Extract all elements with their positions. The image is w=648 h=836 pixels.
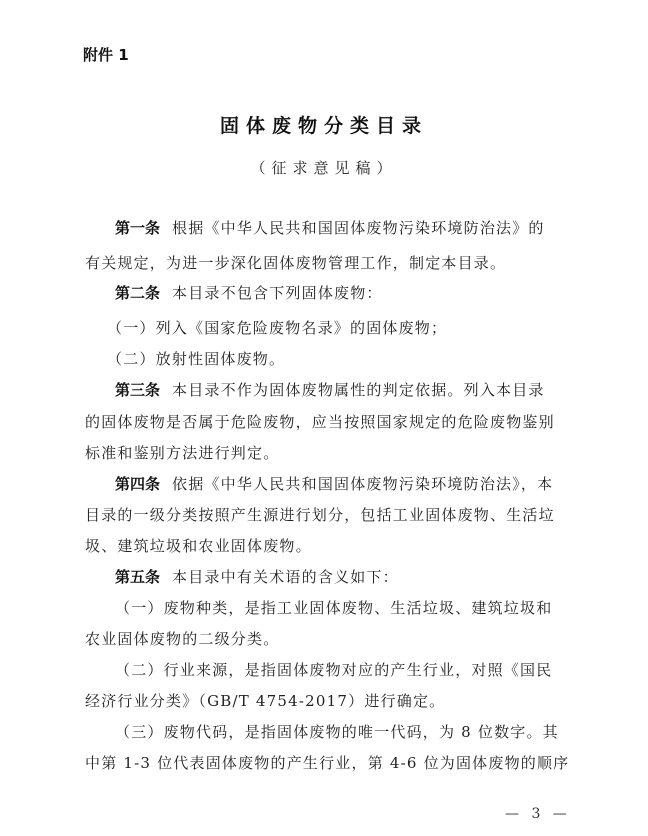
body-line: 第四条依据《中华人民共和国固体废物污染环境防治法》，本 [85,474,569,494]
body-line: 第三条本目录不作为固体废物属性的判定依据。列入本目录 [85,380,569,400]
article-heading: 第二条 [115,284,160,302]
body-line: （二）放射性固体废物。 [85,349,569,369]
body-line: 农业固体废物的二级分类。 [85,629,569,649]
line-text: 本目录不包含下列固体废物： [172,284,383,302]
line-text: 的固体废物是否属于危险废物，应当按照国家规定的危险废物鉴别 [85,413,555,431]
line-text: （二）行业来源，是指固体废物对应的产生行业，对照《国民 [115,661,552,679]
line-text: 标准和鉴别方法进行判定。 [85,444,279,462]
line-text: 圾、建筑垃圾和农业固体废物。 [85,537,312,555]
line-text: 经济行业分类》（GB/T 4754-2017）进行确定。 [85,692,445,710]
body-line: （一）废物种类，是指工业固体废物、生活垃圾、建筑垃圾和 [85,598,569,618]
document-subtitle: （征求意见稿） [0,157,648,178]
body-line: 中第 1-3 位代表固体废物的产生行业，第 4-6 位为固体废物的顺序 [85,753,569,773]
line-text: 依据《中华人民共和国固体废物污染环境防治法》，本 [172,475,553,493]
body-line: （二）行业来源，是指固体废物对应的产生行业，对照《国民 [85,660,569,680]
body-line: 经济行业分类》（GB/T 4754-2017）进行确定。 [85,691,569,711]
document-page: 附件 1 固体废物分类目录 （征求意见稿） 第一条根据《中华人民共和国固体废物污… [0,0,648,836]
article-heading: 第三条 [115,381,160,399]
document-title: 固体废物分类目录 [0,111,648,138]
line-text: （三）废物代码，是指固体废物的唯一代码，为 8 位数字。其 [115,723,559,741]
body-line: 第二条本目录不包含下列固体废物： [85,283,569,303]
body-line: （一）列入《国家危险废物名录》的固体废物； [85,318,569,338]
line-text: 根据《中华人民共和国固体废物污染环境防治法》的 [172,219,545,237]
article-heading: 第四条 [115,475,160,493]
page-number: — 3 — [505,806,571,822]
body-line: 第一条根据《中华人民共和国固体废物污染环境防治法》的 [85,218,569,238]
article-heading: 第五条 [115,568,160,586]
line-text: 有关规定，为进一步深化固体废物管理工作，制定本目录。 [85,254,506,272]
body-line: 标准和鉴别方法进行判定。 [85,443,569,463]
line-text: 本目录中有关术语的含义如下： [172,568,399,586]
line-text: 本目录不作为固体废物属性的判定依据。列入本目录 [172,381,545,399]
line-text: （一）列入《国家危险废物名录》的固体废物； [107,319,447,337]
body-line: 目录的一级分类按照产生源进行划分，包括工业固体废物、生活垃 [85,505,569,525]
line-text: （一）废物种类，是指工业固体废物、生活垃圾、建筑垃圾和 [115,599,552,617]
body-line: 的固体废物是否属于危险废物，应当按照国家规定的危险废物鉴别 [85,412,569,432]
line-text: 中第 1-3 位代表固体废物的产生行业，第 4-6 位为固体废物的顺序 [85,754,569,772]
line-text: （二）放射性固体废物。 [107,350,285,368]
body-line: 有关规定，为进一步深化固体废物管理工作，制定本目录。 [85,253,569,273]
body-line: （三）废物代码，是指固体废物的唯一代码，为 8 位数字。其 [85,722,569,742]
body-line: 圾、建筑垃圾和农业固体废物。 [85,536,569,556]
body-line: 第五条本目录中有关术语的含义如下： [85,567,569,587]
article-heading: 第一条 [115,219,160,237]
line-text: 目录的一级分类按照产生源进行划分，包括工业固体废物、生活垃 [85,506,555,524]
attachment-label: 附件 1 [83,44,129,65]
line-text: 农业固体废物的二级分类。 [85,630,279,648]
